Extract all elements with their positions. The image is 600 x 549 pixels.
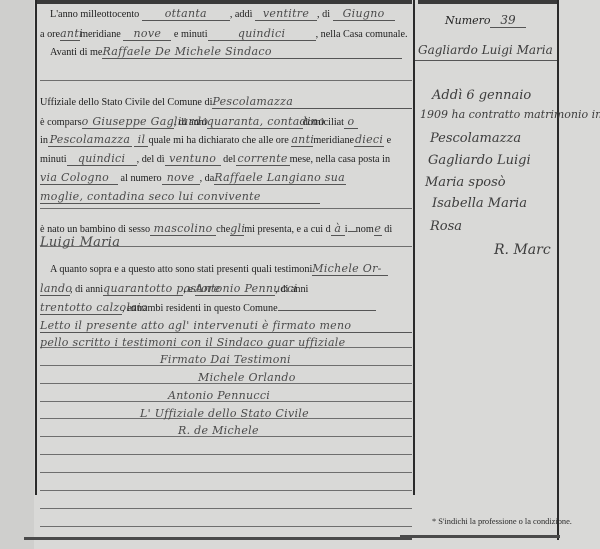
line-residence: inPescolamazza ilquale mi ha dichiarato … bbox=[40, 133, 412, 147]
line-birth-time: minutiquindici, del dìventuno delcorrent… bbox=[40, 152, 412, 166]
margin-name: Gagliardo Luigi Maria bbox=[418, 43, 553, 57]
line-closing-1: Letto il presente atto agl' intervenuti … bbox=[40, 319, 412, 333]
binding-margin bbox=[0, 0, 34, 549]
numero-value: 39 bbox=[490, 13, 526, 28]
line-officer: Avanti di meRaffaele De Michele Sindaco bbox=[50, 45, 422, 59]
line-hour: a oreantimeridiane nove e minutiquindici… bbox=[40, 27, 412, 41]
line-witnesses: A quanto sopra e a questo atto sono stat… bbox=[50, 262, 422, 276]
signature-officer-title: L' Uffiziale dello Stato Civile bbox=[140, 407, 400, 421]
line-closing-2: pello scritto i testimoni con il Sindaco… bbox=[40, 336, 412, 350]
signature-witness-1: Michele Orlando bbox=[198, 371, 398, 385]
annotation-line-2: 1909 ha contratto matrimonio in bbox=[420, 108, 600, 121]
column-divider bbox=[413, 0, 415, 495]
bottom-border bbox=[24, 537, 412, 540]
register-page: L'anno milleottocento ottanta, addì vent… bbox=[0, 0, 600, 549]
footnote: * S'indichi la professione o la condizio… bbox=[432, 517, 572, 526]
annotation-signature: R. Marc bbox=[494, 242, 551, 258]
line-mother: moglie, contadina seco lui convivente bbox=[40, 190, 412, 204]
line-witness-details: lando, di anniquarantotto pastore, e Ant… bbox=[40, 282, 412, 296]
annotation-line-3: Pescolamazza bbox=[430, 131, 521, 146]
signature-officer: R. de Michele bbox=[178, 424, 378, 438]
annotation-line-4: Gagliardo Luigi bbox=[428, 153, 531, 168]
line-commune: Uffiziale dello Stato Civile del Comune … bbox=[40, 95, 412, 109]
top-border-right bbox=[418, 0, 558, 4]
annotation-line-7: Rosa bbox=[430, 219, 462, 234]
line-child-name: Luigi Maria bbox=[40, 236, 412, 250]
annotation-line-5: Maria sposò bbox=[425, 175, 506, 190]
bottom-border-right bbox=[400, 535, 560, 538]
top-border bbox=[36, 0, 412, 4]
annotation-line-1: Addì 6 gennaio bbox=[432, 88, 531, 103]
line-address: via Cologno al numeronove, daRaffaele La… bbox=[40, 171, 412, 185]
annotation-line-6: Isabella Maria bbox=[432, 196, 527, 211]
signature-witness-2: Antonio Pennucci bbox=[168, 389, 368, 403]
left-frame-line bbox=[35, 0, 37, 495]
right-frame-line bbox=[557, 0, 559, 540]
line-signed-by: Firmato Dai Testimoni bbox=[160, 353, 410, 367]
line-year: L'anno milleottocento ottanta, addì vent… bbox=[50, 7, 422, 21]
line-residents: trentotto calzolaio, entrambi residenti … bbox=[40, 301, 412, 315]
line-child-sex: è nato un bambino di sessomascolinochegl… bbox=[40, 222, 412, 236]
numero-label: Numero bbox=[445, 14, 491, 27]
line-declarant: è comparso Giuseppe Gagliardo, di anniqu… bbox=[40, 115, 412, 129]
